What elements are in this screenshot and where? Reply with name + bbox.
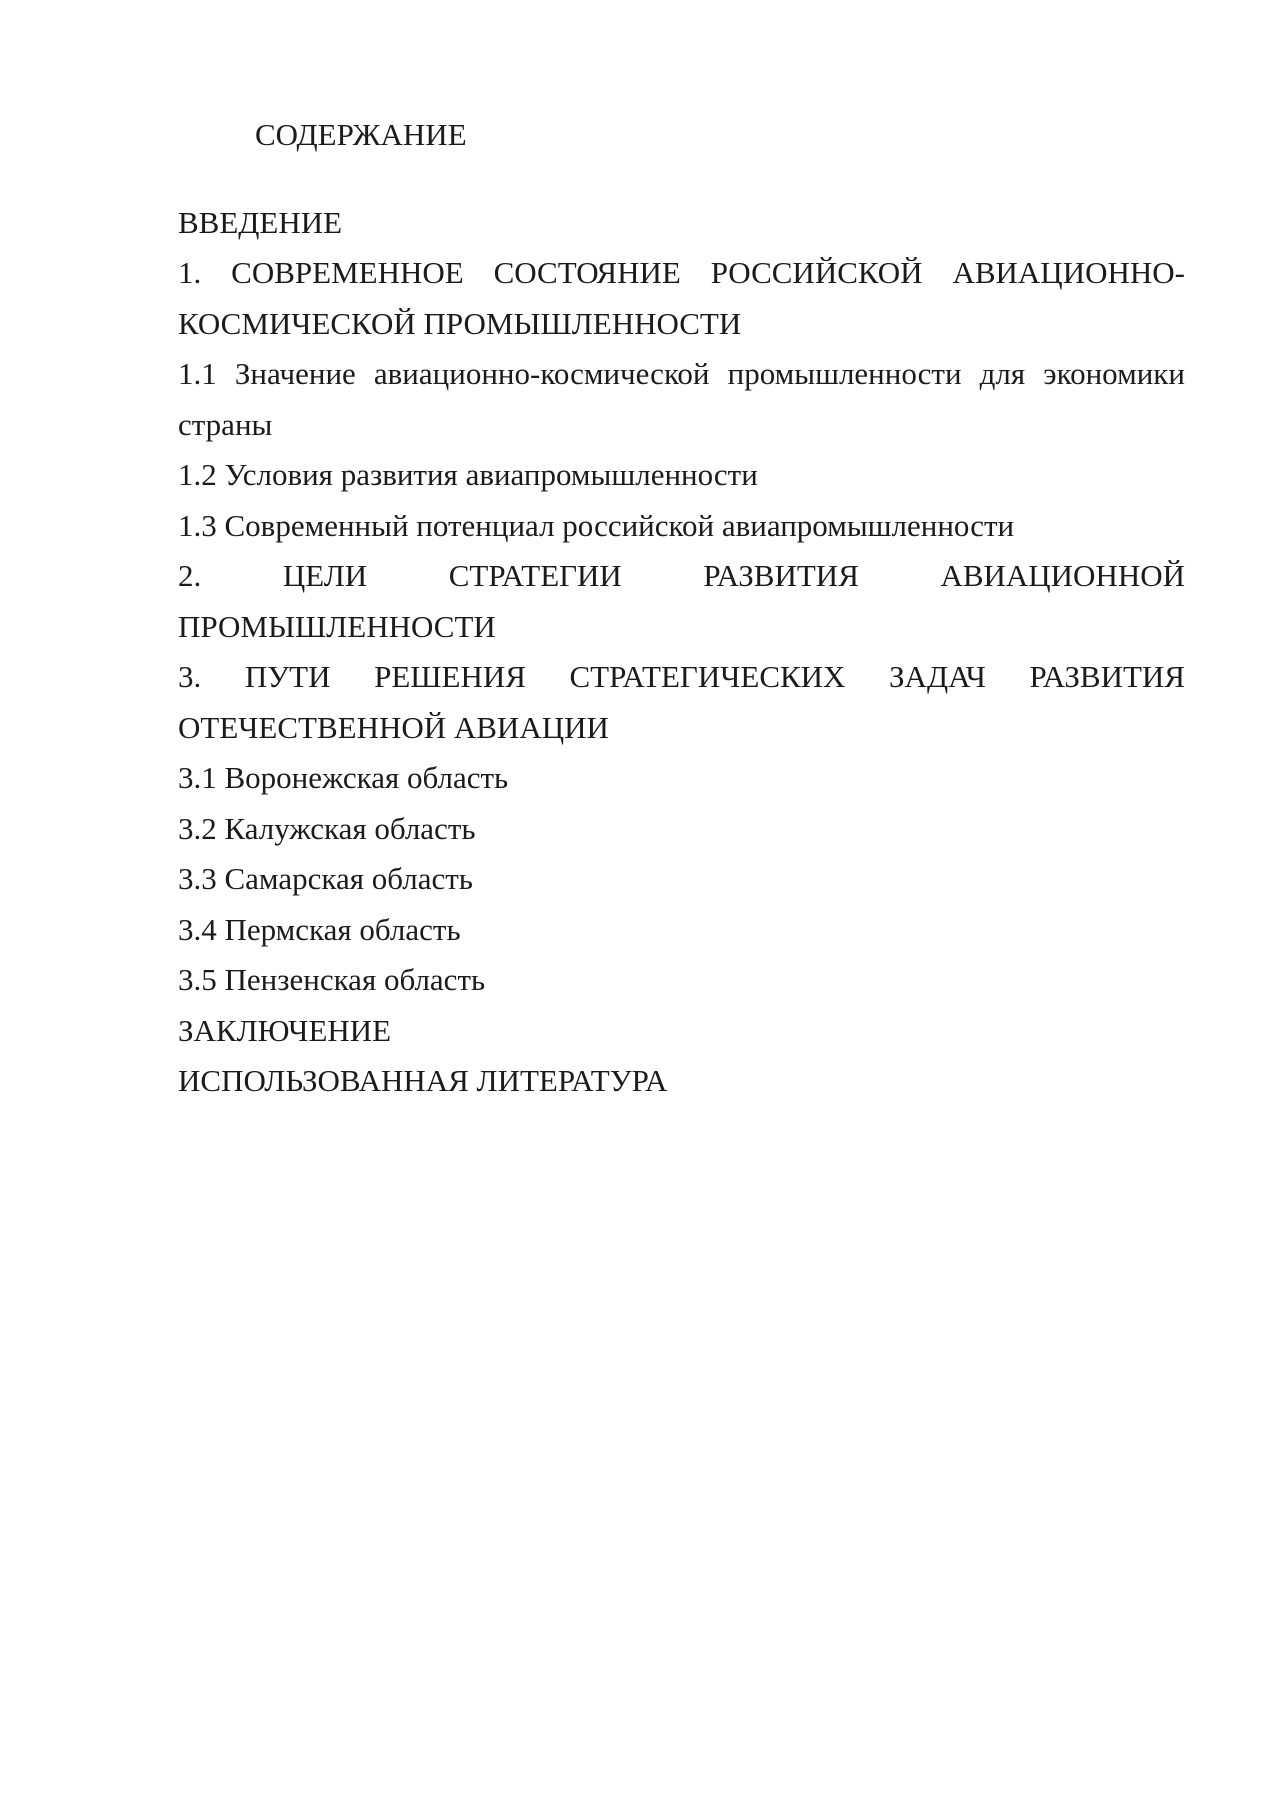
toc-line: ВВЕДЕНИЕ bbox=[178, 198, 1185, 249]
toc-word: авиационно-космической bbox=[374, 349, 710, 400]
toc-line: ЗАКЛЮЧЕНИЕ bbox=[178, 1006, 1185, 1057]
toc-word: экономики bbox=[1043, 349, 1185, 400]
toc-word: РАЗВИТИЯ bbox=[703, 551, 858, 602]
toc-word: 1. bbox=[178, 248, 201, 299]
toc-line: 1.2 Условия развития авиапромышленности bbox=[178, 450, 1185, 501]
toc-line: 1.СОВРЕМЕННОЕСОСТОЯНИЕРОССИЙСКОЙАВИАЦИОН… bbox=[178, 248, 1185, 299]
toc-line: 3.ПУТИРЕШЕНИЯСТРАТЕГИЧЕСКИХЗАДАЧРАЗВИТИЯ bbox=[178, 652, 1185, 703]
toc-entries: ВВЕДЕНИЕ1.СОВРЕМЕННОЕСОСТОЯНИЕРОССИЙСКОЙ… bbox=[178, 198, 1185, 1107]
toc-word: промышленности bbox=[728, 349, 962, 400]
toc-word: СТРАТЕГИИ bbox=[449, 551, 622, 602]
toc-line: 2.ЦЕЛИСТРАТЕГИИРАЗВИТИЯАВИАЦИОННОЙ bbox=[178, 551, 1185, 602]
toc-word: 3. bbox=[178, 652, 201, 703]
toc-word: АВИАЦИОННО- bbox=[952, 248, 1185, 299]
document-page: СОДЕРЖАНИЕ ВВЕДЕНИЕ1.СОВРЕМЕННОЕСОСТОЯНИ… bbox=[0, 0, 1280, 1811]
toc-line: 3.3 Самарская область bbox=[178, 854, 1185, 905]
toc-line: 1.1Значениеавиационно-космическойпромышл… bbox=[178, 349, 1185, 400]
toc-line: КОСМИЧЕСКОЙ ПРОМЫШЛЕННОСТИ bbox=[178, 299, 1185, 350]
toc-word: СОСТОЯНИЕ bbox=[494, 248, 681, 299]
toc-word: ПУТИ bbox=[245, 652, 331, 703]
toc-word: РЕШЕНИЯ bbox=[374, 652, 526, 703]
toc-word: для bbox=[980, 349, 1026, 400]
toc-word: СТРАТЕГИЧЕСКИХ bbox=[570, 652, 846, 703]
toc-line: 3.2 Калужская область bbox=[178, 804, 1185, 855]
toc-word: 2. bbox=[178, 551, 201, 602]
toc-line: 1.3 Современный потенциал российской ави… bbox=[178, 501, 1185, 552]
toc-line: ОТЕЧЕСТВЕННОЙ АВИАЦИИ bbox=[178, 703, 1185, 754]
toc-word: 1.1 bbox=[178, 349, 217, 400]
toc-word: РАЗВИТИЯ bbox=[1030, 652, 1185, 703]
toc-word: СОВРЕМЕННОЕ bbox=[231, 248, 464, 299]
toc-word: АВИАЦИОННОЙ bbox=[940, 551, 1185, 602]
page-title: СОДЕРЖАНИЕ bbox=[178, 110, 1185, 161]
table-of-contents: СОДЕРЖАНИЕ ВВЕДЕНИЕ1.СОВРЕМЕННОЕСОСТОЯНИ… bbox=[178, 110, 1185, 1107]
toc-word: Значение bbox=[235, 349, 356, 400]
toc-line: страны bbox=[178, 400, 1185, 451]
toc-line: 3.1 Воронежская область bbox=[178, 753, 1185, 804]
toc-line: 3.5 Пензенская область bbox=[178, 955, 1185, 1006]
toc-word: ЦЕЛИ bbox=[283, 551, 367, 602]
toc-line: ПРОМЫШЛЕННОСТИ bbox=[178, 602, 1185, 653]
toc-line: ИСПОЛЬЗОВАННАЯ ЛИТЕРАТУРА bbox=[178, 1056, 1185, 1107]
toc-word: ЗАДАЧ bbox=[889, 652, 986, 703]
toc-word: РОССИЙСКОЙ bbox=[711, 248, 923, 299]
toc-line: 3.4 Пермская область bbox=[178, 905, 1185, 956]
